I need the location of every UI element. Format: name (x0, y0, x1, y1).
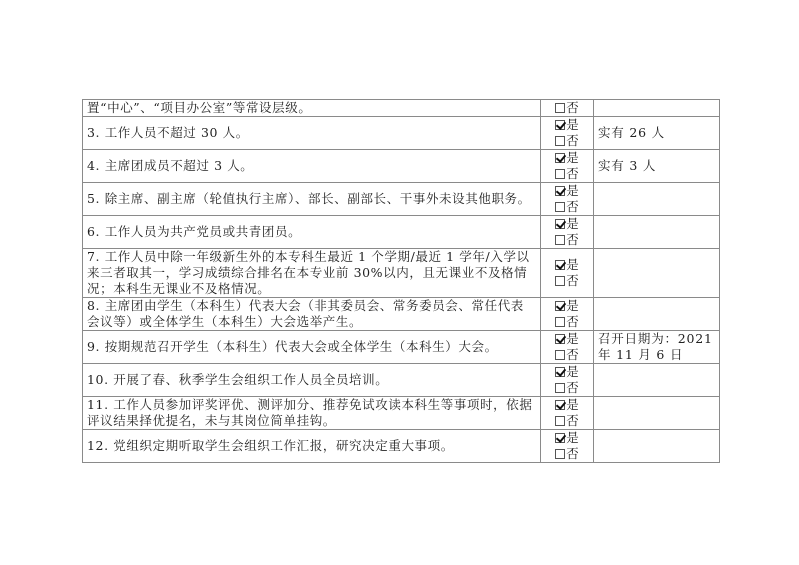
table-row: 置“中心”、“项目办公室”等常设层级。 否 (83, 100, 720, 117)
option-no[interactable]: 否 (545, 100, 589, 116)
compliance-checklist-table: 置“中心”、“项目办公室”等常设层级。 否 3. 工作人员不超过 30 人。 是… (82, 99, 720, 463)
checkbox-unchecked-icon[interactable] (555, 169, 565, 179)
checkbox-checked-icon[interactable] (555, 433, 565, 443)
item-text: 9. 按期规范召开学生（本科生）代表大会或全体学生（本科生）大会。 (83, 331, 541, 364)
note-cell: 实有 26 人 (594, 117, 720, 150)
option-no[interactable]: 否 (545, 273, 589, 289)
choice-cell: 是 否 (541, 397, 594, 430)
checkbox-checked-icon[interactable] (555, 219, 565, 229)
item-text: 11. 工作人员参加评奖评优、测评加分、推荐免试攻读本科生等事项时，依据评议结果… (83, 397, 541, 430)
option-yes[interactable]: 是 (545, 117, 589, 133)
option-no[interactable]: 否 (545, 314, 589, 330)
choice-cell: 是 否 (541, 216, 594, 249)
option-no[interactable]: 否 (545, 166, 589, 182)
choice-cell: 是 否 (541, 298, 594, 331)
note-cell: 召开日期为：2021 年 11 月 6 日 (594, 331, 720, 364)
option-no[interactable]: 否 (545, 199, 589, 215)
note-cell (594, 430, 720, 463)
item-text: 4. 主席团成员不超过 3 人。 (83, 150, 541, 183)
table-row: 7. 工作人员中除一年级新生外的本专科生最近 1 个学期/最近 1 学年/入学以… (83, 249, 720, 298)
checkbox-unchecked-icon[interactable] (555, 350, 565, 360)
checkbox-checked-icon[interactable] (555, 260, 565, 270)
option-no[interactable]: 否 (545, 232, 589, 248)
item-text: 置“中心”、“项目办公室”等常设层级。 (83, 100, 541, 117)
checkbox-checked-icon[interactable] (555, 186, 565, 196)
option-no-label: 否 (566, 133, 579, 148)
option-no[interactable]: 否 (545, 446, 589, 462)
option-yes-label: 是 (566, 183, 579, 198)
choice-cell: 是 否 (541, 183, 594, 216)
option-yes-label: 是 (566, 430, 579, 445)
option-no-label: 否 (566, 347, 579, 362)
choice-cell: 否 (541, 100, 594, 117)
choice-cell: 是 否 (541, 331, 594, 364)
option-no[interactable]: 否 (545, 380, 589, 396)
option-yes-label: 是 (566, 298, 579, 313)
note-cell (594, 100, 720, 117)
choice-cell: 是 否 (541, 364, 594, 397)
checkbox-unchecked-icon[interactable] (555, 416, 565, 426)
checkbox-unchecked-icon[interactable] (555, 449, 565, 459)
table-row: 9. 按期规范召开学生（本科生）代表大会或全体学生（本科生）大会。 是 否 召开… (83, 331, 720, 364)
checkbox-unchecked-icon[interactable] (555, 383, 565, 393)
checkbox-checked-icon[interactable] (555, 400, 565, 410)
checkbox-unchecked-icon[interactable] (555, 103, 565, 113)
option-no[interactable]: 否 (545, 413, 589, 429)
option-yes[interactable]: 是 (545, 150, 589, 166)
option-yes[interactable]: 是 (545, 397, 589, 413)
option-yes-label: 是 (566, 331, 579, 346)
table-row: 6. 工作人员为共产党员或共青团员。 是 否 (83, 216, 720, 249)
option-no-label: 否 (566, 446, 579, 461)
option-no-label: 否 (566, 100, 579, 115)
item-text: 12. 党组织定期听取学生会组织工作汇报，研究决定重大事项。 (83, 430, 541, 463)
checkbox-unchecked-icon[interactable] (555, 235, 565, 245)
option-yes-label: 是 (566, 257, 579, 272)
option-no[interactable]: 否 (545, 347, 589, 363)
choice-cell: 是 否 (541, 117, 594, 150)
option-yes-label: 是 (566, 364, 579, 379)
table-row: 10. 开展了春、秋季学生会组织工作人员全员培训。 是 否 (83, 364, 720, 397)
item-text: 5. 除主席、副主席（轮值执行主席）、部长、副部长、干事外未设其他职务。 (83, 183, 541, 216)
option-yes[interactable]: 是 (545, 364, 589, 380)
note-cell: 实有 3 人 (594, 150, 720, 183)
checkbox-unchecked-icon[interactable] (555, 276, 565, 286)
checkbox-unchecked-icon[interactable] (555, 317, 565, 327)
table-row: 11. 工作人员参加评奖评优、测评加分、推荐免试攻读本科生等事项时，依据评议结果… (83, 397, 720, 430)
option-yes-label: 是 (566, 150, 579, 165)
option-no-label: 否 (566, 232, 579, 247)
option-yes[interactable]: 是 (545, 430, 589, 446)
option-no-label: 否 (566, 314, 579, 329)
checkbox-checked-icon[interactable] (555, 153, 565, 163)
option-yes-label: 是 (566, 216, 579, 231)
table-row: 8. 主席团由学生（本科生）代表大会（非其委员会、常务委员会、常任代表会议等）或… (83, 298, 720, 331)
option-no-label: 否 (566, 273, 579, 288)
option-yes[interactable]: 是 (545, 298, 589, 314)
option-no[interactable]: 否 (545, 133, 589, 149)
document-page: 置“中心”、“项目办公室”等常设层级。 否 3. 工作人员不超过 30 人。 是… (0, 0, 799, 565)
option-no-label: 否 (566, 199, 579, 214)
checkbox-unchecked-icon[interactable] (555, 136, 565, 146)
checkbox-checked-icon[interactable] (555, 334, 565, 344)
table-row: 3. 工作人员不超过 30 人。 是 否 实有 26 人 (83, 117, 720, 150)
checkbox-checked-icon[interactable] (555, 367, 565, 377)
option-no-label: 否 (566, 166, 579, 181)
item-text: 8. 主席团由学生（本科生）代表大会（非其委员会、常务委员会、常任代表会议等）或… (83, 298, 541, 331)
option-yes-label: 是 (566, 397, 579, 412)
choice-cell: 是 否 (541, 150, 594, 183)
item-text: 3. 工作人员不超过 30 人。 (83, 117, 541, 150)
option-yes[interactable]: 是 (545, 257, 589, 273)
item-text: 6. 工作人员为共产党员或共青团员。 (83, 216, 541, 249)
table-row: 5. 除主席、副主席（轮值执行主席）、部长、副部长、干事外未设其他职务。 是 否 (83, 183, 720, 216)
option-yes[interactable]: 是 (545, 216, 589, 232)
option-yes[interactable]: 是 (545, 331, 589, 347)
note-cell (594, 298, 720, 331)
option-yes-label: 是 (566, 117, 579, 132)
note-cell (594, 249, 720, 298)
table-row: 4. 主席团成员不超过 3 人。 是 否 实有 3 人 (83, 150, 720, 183)
choice-cell: 是 否 (541, 430, 594, 463)
table-row: 12. 党组织定期听取学生会组织工作汇报，研究决定重大事项。 是 否 (83, 430, 720, 463)
checkbox-checked-icon[interactable] (555, 301, 565, 311)
option-yes[interactable]: 是 (545, 183, 589, 199)
option-no-label: 否 (566, 413, 579, 428)
note-cell (594, 216, 720, 249)
choice-cell: 是 否 (541, 249, 594, 298)
note-cell (594, 183, 720, 216)
note-cell (594, 397, 720, 430)
item-text: 7. 工作人员中除一年级新生外的本专科生最近 1 个学期/最近 1 学年/入学以… (83, 249, 541, 298)
checkbox-unchecked-icon[interactable] (555, 202, 565, 212)
note-cell (594, 364, 720, 397)
checkbox-checked-icon[interactable] (555, 120, 565, 130)
item-text: 10. 开展了春、秋季学生会组织工作人员全员培训。 (83, 364, 541, 397)
option-no-label: 否 (566, 380, 579, 395)
